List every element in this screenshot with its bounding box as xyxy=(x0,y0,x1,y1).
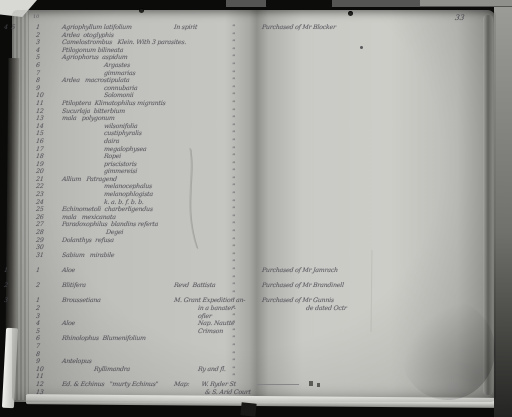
row-number: 5 xyxy=(36,54,40,61)
entry-name: Camelostrombus Klein. With 3 parasites. xyxy=(62,39,187,46)
ditto-mark: " xyxy=(232,214,235,221)
ledger-row: 5Agriophorus aspidum" xyxy=(0,54,512,62)
ditto-mark: " xyxy=(232,100,235,107)
ditto-mark: " xyxy=(232,373,235,380)
ditto-mark: " xyxy=(232,282,235,289)
row-number: 3 xyxy=(36,39,40,46)
ditto-mark: " xyxy=(232,267,235,274)
ledger-row: 4 51Agriophyllum latifoliumIn spirit"Pur… xyxy=(0,24,512,32)
ditto-mark: " xyxy=(232,221,235,228)
row-number: 8 xyxy=(36,351,40,358)
ditto-mark: " xyxy=(232,108,235,115)
entry-name: gimmarias xyxy=(104,70,136,77)
entry-name: Ardea otoglyphis xyxy=(62,32,114,39)
entry-note-2: & S. Arid Court xyxy=(198,389,251,396)
ledger-row: 27Paradoxophilus blandins referta" xyxy=(0,221,512,229)
margin-section-number: 4 5 xyxy=(4,24,16,31)
ditto-mark: " xyxy=(232,161,235,168)
ledger-row: 10Solomonii" xyxy=(0,92,512,100)
row-number: 15 xyxy=(36,130,44,137)
entry-note: Map: xyxy=(174,381,190,388)
entry-name: Ed. & Echinus "murty Echinus" xyxy=(62,381,159,388)
ledger-row: 23melanophlogista" xyxy=(0,191,512,199)
entry-name: daira xyxy=(104,138,120,145)
right-page-annotation: Purchased of Mr Jamrach xyxy=(262,267,339,274)
entry-name: Paradoxophilus blandins referta xyxy=(62,221,159,228)
entry-name: Agriophyllum latifolium xyxy=(62,24,132,31)
ledger-row: " xyxy=(0,259,512,267)
row-number: 12 xyxy=(36,381,44,388)
ditto-mark: " xyxy=(232,32,235,39)
ledger-row: 16daira" xyxy=(0,138,512,146)
row-number: 11 xyxy=(36,100,44,107)
entry-note: In spirit xyxy=(174,24,198,31)
ditto-mark: " xyxy=(232,229,235,236)
ledger-row: 22BlitiferaRevd Battista"Purchased of Mr… xyxy=(0,282,512,290)
ditto-mark: " xyxy=(232,54,235,61)
row-number: 14 xyxy=(36,123,44,130)
row-number: 27 xyxy=(36,221,44,228)
ledger-row: 2in a banater-"de dated Octr xyxy=(0,305,512,313)
row-number: 21 xyxy=(36,176,44,183)
ledger-row: 25Echinometoli charberligendus" xyxy=(0,206,512,214)
ledger-row: 11Aloe"Purchased of Mr Jamrach xyxy=(0,267,512,275)
ditto-mark: " xyxy=(232,199,235,206)
ditto-mark: " xyxy=(232,351,235,358)
row-number: 28 xyxy=(36,229,44,236)
ledger-row: 11Ptiloptera Klimatophilus migrantis" xyxy=(0,100,512,108)
ditto-mark: " xyxy=(232,153,235,160)
right-page-annotation-2: de dated Octr xyxy=(306,305,347,312)
entry-name: Sabium mirabile xyxy=(62,252,115,259)
ditto-mark: " xyxy=(232,47,235,54)
ditto-mark: " xyxy=(232,62,235,69)
row-number: 2 xyxy=(36,282,40,289)
ditto-mark: " xyxy=(232,138,235,145)
row-number: 6 xyxy=(36,335,40,342)
entry-name: megalophysea xyxy=(104,146,147,153)
entry-name: Ardea macrostipulata xyxy=(62,77,130,84)
entry-name: custiphyralis xyxy=(104,130,142,137)
entry-name: Aloe xyxy=(62,267,76,274)
ditto-mark: " xyxy=(232,252,235,259)
ditto-mark: " xyxy=(232,320,235,327)
ledger-row: 10RyllimandraRy and fl." xyxy=(0,366,512,374)
margin-section-number: 2 xyxy=(4,282,8,289)
ditto-mark: " xyxy=(232,70,235,77)
entry-name: Allium Patragend xyxy=(62,176,118,183)
row-number: 7 xyxy=(36,343,40,350)
row-number: 29 xyxy=(36,237,44,244)
ledger-row: 7" xyxy=(0,343,512,351)
right-page-annotation: Purchased of Mr Gunnis xyxy=(262,297,335,304)
row-number: 13 xyxy=(36,389,44,396)
ditto-mark: " xyxy=(232,358,235,365)
row-number: 17 xyxy=(36,146,44,153)
ledger-rows: 4 51Agriophyllum latifoliumIn spirit"Pur… xyxy=(0,24,512,396)
ledger-row: 9Antelopus" xyxy=(0,358,512,366)
ditto-mark: " xyxy=(232,335,235,342)
ledger-row: 14wilsonifolia" xyxy=(0,123,512,131)
ledger-row: 22melanocephalus" xyxy=(0,183,512,191)
ledger-row: 6Rhinolophus Blumenifolium" xyxy=(0,335,512,343)
right-page-annotation: Purchased of Mr Brandinell xyxy=(262,282,345,289)
entry-note-2: Crimson xyxy=(198,328,224,335)
entry-name: mala polygonum xyxy=(62,115,115,122)
margin-section-number: 3 xyxy=(4,297,8,304)
ledger-row: 31Sabium mirabile" xyxy=(0,252,512,260)
row-number: 18 xyxy=(36,153,44,160)
row-number: 1 xyxy=(36,267,40,274)
row-number: 30 xyxy=(36,244,44,251)
ledger-row: 3ofier" xyxy=(0,313,512,321)
ditto-mark: " xyxy=(232,275,235,282)
row-number: 4 xyxy=(36,47,40,54)
entry-name: wilsonifolia xyxy=(104,123,138,130)
ditto-mark: " xyxy=(232,146,235,153)
entry-name: Echinometoli charberligendus xyxy=(62,206,154,213)
entry-name: Ropei xyxy=(104,153,122,160)
dark-clip xyxy=(266,0,332,9)
row-number: 10 xyxy=(36,366,44,373)
entry-name: melanocephalus xyxy=(104,183,153,190)
ditto-mark: " xyxy=(232,366,235,373)
punch-hole-left xyxy=(139,8,144,13)
entry-name: Ptiloptera Klimatophilus migrantis xyxy=(62,100,166,107)
ledger-row: 3Camelostrombus Klein. With 3 parasites.… xyxy=(0,39,512,47)
ditto-mark: " xyxy=(232,297,235,304)
ledger-row: 6Argastes" xyxy=(0,62,512,70)
entry-name: priscistoris xyxy=(104,161,137,168)
ledger-row: 15custiphyralis" xyxy=(0,130,512,138)
entry-name: Agriophorus aspidum xyxy=(62,54,128,61)
entry-name: Argastes xyxy=(104,62,131,69)
ledger-row: 29Dolanthys refusa" xyxy=(0,237,512,245)
entry-name: mala mexicanata xyxy=(62,214,116,221)
row-number: 22 xyxy=(36,183,44,190)
ditto-mark: " xyxy=(232,305,235,312)
ditto-mark: " xyxy=(232,168,235,175)
entry-note-2: in a banater- xyxy=(198,305,236,312)
ledger-row: 21Allium Patragend" xyxy=(0,176,512,184)
row-number: 2 xyxy=(36,32,40,39)
entry-name: gimmereisi xyxy=(104,168,138,175)
entry-name: Rhinolophus Blumenifolium xyxy=(62,335,146,342)
ledger-row: 20gimmereisi" xyxy=(0,168,512,176)
row-number: 31 xyxy=(36,252,44,259)
entry-name: Blitifera xyxy=(62,282,87,289)
entry-name: Solomonii xyxy=(104,92,134,99)
ledger-row: 12Sucurlaja bitterbium" xyxy=(0,108,512,116)
row-number: 20 xyxy=(36,168,44,175)
row-number: 2 xyxy=(36,305,40,312)
row-number: 9 xyxy=(36,85,40,92)
entry-name: Aloe xyxy=(62,320,76,327)
entry-name: Ryllimandra xyxy=(94,366,131,373)
entry-note: Revd Battista xyxy=(174,282,216,289)
entry-name: melanophlogista xyxy=(104,191,154,198)
row-number: 16 xyxy=(36,138,44,145)
entry-name: Ptilogonum bilineata xyxy=(62,47,124,54)
right-page-annotation: Purchased of Mr Blocker xyxy=(262,24,336,31)
ditto-mark: " xyxy=(232,328,235,335)
entry-note-2: W. Ryder St xyxy=(198,381,237,388)
ditto-mark: " xyxy=(232,237,235,244)
entry-name: Broussetiana xyxy=(62,297,101,304)
row-number: 24 xyxy=(36,199,44,206)
ledger-row: 8Ardea macrostipulata" xyxy=(0,77,512,85)
row-number: 13 xyxy=(36,115,44,122)
ledger-row: 13 & S. Arid Court xyxy=(0,389,512,397)
ditto-mark: " xyxy=(232,343,235,350)
ditto-mark: " xyxy=(232,123,235,130)
ledger-row: 13mala polygonum" xyxy=(0,115,512,123)
ditto-mark: " xyxy=(232,183,235,190)
ledger-row: 12Ed. & Echinus "murty Echinus"Map: W. R… xyxy=(0,381,512,389)
row-number: 10 xyxy=(36,92,44,99)
row-number: 7 xyxy=(36,70,40,77)
row-number: 26 xyxy=(36,214,44,221)
gutter-foot-shadow xyxy=(240,402,256,416)
entry-name: Dolanthys refusa xyxy=(62,237,115,244)
ledger-row: 4AloeNap. Nautte" xyxy=(0,320,512,328)
row-number: 12 xyxy=(36,108,44,115)
row-number: 19 xyxy=(36,161,44,168)
ditto-mark: " xyxy=(232,313,235,320)
ledger-row: 17megalophysea" xyxy=(0,146,512,154)
entry-name: Sucurlaja bitterbium xyxy=(62,108,126,115)
ditto-mark: " xyxy=(232,92,235,99)
entry-name: k. a. b. f. b. b. xyxy=(104,199,144,206)
ledger-row: 8" xyxy=(0,351,512,359)
folio-mark-left: 10 xyxy=(33,14,39,20)
top-edge-light-band xyxy=(420,0,512,6)
entry-note-2: ofier xyxy=(198,313,212,320)
ditto-mark: " xyxy=(232,115,235,122)
ledger-row: 11" xyxy=(0,373,512,381)
row-number: 25 xyxy=(36,206,44,213)
row-number: 4 xyxy=(36,320,40,327)
ditto-mark: " xyxy=(232,130,235,137)
ditto-mark: " xyxy=(232,39,235,46)
row-number: 23 xyxy=(36,191,44,198)
ditto-mark: " xyxy=(232,77,235,84)
row-number: 11 xyxy=(36,373,44,380)
ditto-mark: " xyxy=(232,24,235,31)
row-number: 6 xyxy=(36,62,40,69)
ditto-mark: " xyxy=(232,191,235,198)
ditto-mark: " xyxy=(232,259,235,266)
ditto-mark: " xyxy=(232,176,235,183)
ditto-mark: " xyxy=(232,85,235,92)
ditto-mark: " xyxy=(232,206,235,213)
ditto-mark: " xyxy=(232,244,235,251)
margin-section-number: 1 xyxy=(4,267,8,274)
row-number: 8 xyxy=(36,77,40,84)
entry-name: Antelopus xyxy=(62,358,92,365)
entry-note-2: Ry and fl. xyxy=(198,366,227,373)
row-number: 1 xyxy=(36,297,40,304)
ledger-row: 19priscistoris" xyxy=(0,161,512,169)
entry-name: Degei xyxy=(106,229,124,236)
entry-note-2: Nap. Nautte xyxy=(198,320,235,327)
row-number: 9 xyxy=(36,358,40,365)
page-number: 33 xyxy=(454,13,465,22)
row-number: 3 xyxy=(36,313,40,320)
ledger-row: 28Degei" xyxy=(0,229,512,237)
punch-hole-right xyxy=(348,11,353,16)
ledger-row: 9connubaria" xyxy=(0,85,512,93)
ledger-row: 31BroussetianaM. Grant Expedition an-"Pu… xyxy=(0,297,512,305)
ledger-row: 30" xyxy=(0,244,512,252)
ditto-mark: " xyxy=(232,290,235,297)
row-number: 1 xyxy=(36,24,40,31)
ledger-row: 18Ropei" xyxy=(0,153,512,161)
entry-name: connubaria xyxy=(104,85,138,92)
row-number: 5 xyxy=(36,328,40,335)
